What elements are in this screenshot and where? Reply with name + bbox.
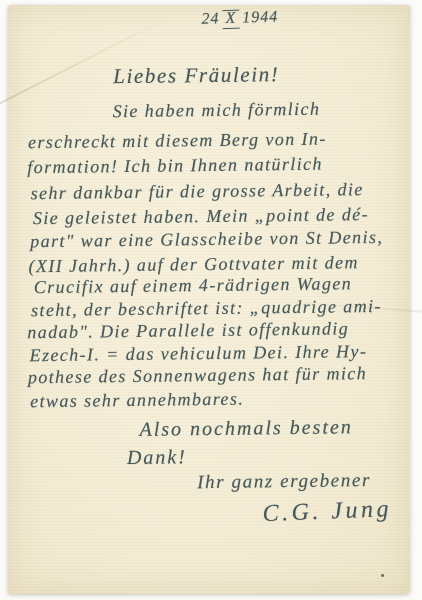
body-line: etwas sehr annehmbares. (30, 390, 244, 411)
signature: C.G. Jung (262, 497, 392, 526)
salutation: Liebes Fräulein! (113, 64, 279, 87)
date-year: 1944 (242, 8, 278, 26)
letter-date: 24X1944 (201, 8, 278, 29)
body-line: part" war eine Glasscheibe von St Denis, (30, 228, 383, 250)
valediction: Ihr ganz ergebener (197, 471, 371, 492)
body-line: (XII Jahrh.) auf der Gottvater mit dem (28, 253, 359, 275)
body-line: Crucifix auf einem 4-rädrigen Wagen (34, 274, 352, 296)
body-line: pothese des Sonnenwagens hat für mich (28, 364, 367, 386)
body-line: Sie geleistet haben. Mein „point de dé- (33, 205, 369, 227)
scanned-letter: 24X1944 Liebes Fräulein! Sie haben mich … (0, 0, 422, 600)
body-line: sehr dankbar für die grosse Arbeit, die (31, 180, 364, 202)
date-day: 24 (201, 10, 219, 28)
date-month-roman: X (222, 10, 239, 29)
body-line: Sie haben mich förmlich (113, 100, 321, 121)
body-line: formation! Ich bin Ihnen natürlich (27, 155, 323, 177)
closing-line: Dank! (127, 447, 187, 468)
body-line: erschreckt mit diesem Berg von In- (28, 130, 327, 152)
body-line: nadab". Die Parallele ist offenkundig (27, 319, 349, 341)
letter-paper: 24X1944 Liebes Fräulein! Sie haben mich … (8, 5, 410, 594)
closing-line: Also nochmals besten (139, 417, 353, 440)
body-line: steht, der beschriftet ist: „quadrige am… (31, 297, 382, 319)
handwriting-layer: 24X1944 Liebes Fräulein! Sie haben mich … (4, 1, 413, 595)
body-line: Ezech-I. = das vehiculum Dei. Ihre Hy- (30, 342, 368, 364)
